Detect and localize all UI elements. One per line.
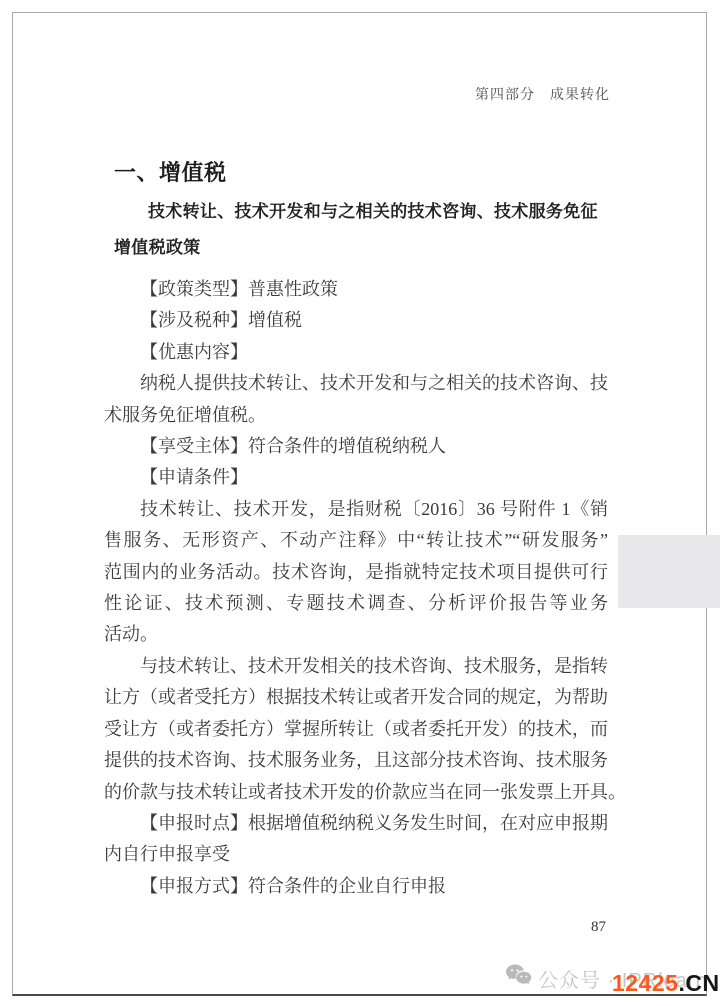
body-line: 【政策类型】普惠性政策 xyxy=(104,274,608,305)
running-header: 第四部分 成果转化 xyxy=(475,84,610,104)
body-line: 性论证、技术预测、专题技术调查、分析评价报告等业务 xyxy=(104,588,608,619)
body-line: 售服务、无形资产、不动产注释》中“转让技术”“研发服务” xyxy=(104,525,608,556)
section-title: 一、增值税 xyxy=(114,156,227,187)
body-line: 内自行申报享受 xyxy=(104,839,608,870)
body-line: 【申请条件】 xyxy=(104,462,608,493)
body-line: 【申报方式】符合条件的企业自行申报 xyxy=(104,871,608,902)
wechat-icon xyxy=(504,961,534,996)
scan-artifact-box xyxy=(618,535,720,608)
body-line: 技术转让、技术开发，是指财税〔2016〕36 号附件 1《销 xyxy=(104,494,608,525)
body-line: 与技术转让、技术开发相关的技术咨询、技术服务，是指转 xyxy=(104,651,608,682)
body-line: 活动。 xyxy=(104,619,608,650)
body-line: 【享受主体】符合条件的增值税纳税人 xyxy=(104,431,608,462)
document-page: 第四部分 成果转化 一、增值税 技术转让、技术开发和与之相关的技术咨询、技术服务… xyxy=(12,12,707,996)
site-watermark-suffix: .CN xyxy=(678,970,719,996)
body-line: 受让方（或者委托方）掌握所转让（或者委托开发）的技术，而 xyxy=(104,714,608,745)
body-lines: 【政策类型】普惠性政策【涉及税种】增值税【优惠内容】纳税人提供技术转让、技术开发… xyxy=(104,274,608,902)
page-number: 87 xyxy=(591,919,606,936)
policy-subtitle-line: 增值税政策 xyxy=(114,230,614,266)
body-line: 的价款与技术转让或者技术开发的价款应当在同一张发票上开具。 xyxy=(104,777,608,808)
body-line: 【优惠内容】 xyxy=(104,337,608,368)
policy-subtitle-line: 技术转让、技术开发和与之相关的技术咨询、技术服务免征 xyxy=(114,194,614,230)
body-line: 纳税人提供技术转让、技术开发和与之相关的技术咨询、技 xyxy=(104,368,608,399)
body-line: 范围内的业务活动。技术咨询，是指就特定技术项目提供可行 xyxy=(104,557,608,588)
site-watermark: 12425.CN xyxy=(612,970,720,997)
body-line: 【申报时点】根据增值税纳税义务发生时间，在对应申报期 xyxy=(104,808,608,839)
body-line: 提供的技术咨询、技术服务业务，且这部分技术咨询、技术服务 xyxy=(104,745,608,776)
body-line: 【涉及税种】增值税 xyxy=(104,305,608,336)
footer-watermark: 公众号 · IPRlearn 12425.CN xyxy=(498,956,720,998)
site-watermark-primary: 12425 xyxy=(612,970,678,996)
body-line: 让方（或者受托方）根据技术转让或者开发合同的规定，为帮助 xyxy=(104,682,608,713)
body-line: 术服务免征增值税。 xyxy=(104,400,608,431)
policy-subtitle: 技术转让、技术开发和与之相关的技术咨询、技术服务免征 增值税政策 xyxy=(114,194,614,266)
